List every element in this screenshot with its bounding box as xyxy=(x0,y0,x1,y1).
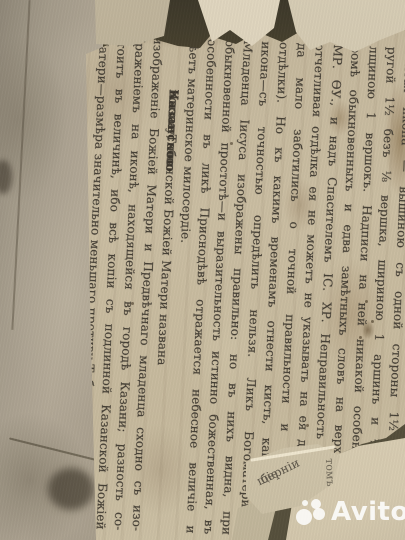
torn-notch-shadow xyxy=(48,468,94,510)
photo-of-torn-document: Святая икона — вышиною съ одной стороны … xyxy=(0,0,405,540)
crack-line xyxy=(9,437,95,460)
fragment-side-text: томъ xyxy=(323,458,337,487)
torn-edge-shadow xyxy=(0,160,12,194)
paper-crease xyxy=(11,0,30,330)
